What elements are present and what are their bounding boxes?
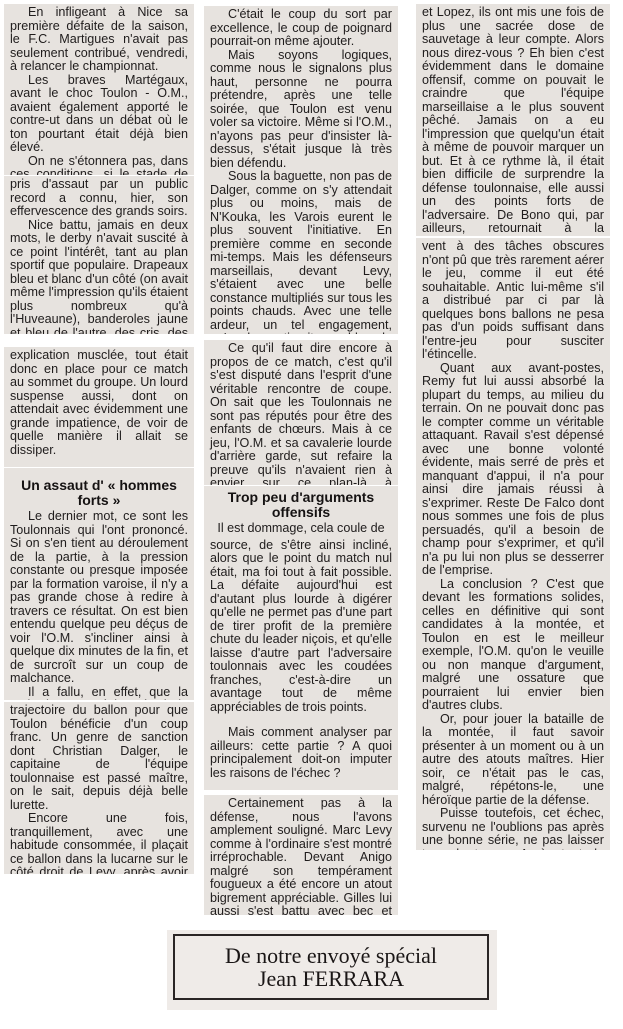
paragraph: En infligeant à Nice sa première défaite… <box>10 6 188 74</box>
col1-clip-5: trajectoire du ballon pour que Toulon bé… <box>4 702 194 874</box>
paragraph: C'était le coup du sort par excellence, … <box>210 8 392 49</box>
paragraph: Mais soyons logiques, comme nous le sign… <box>210 49 392 171</box>
col2-clip-1: C'était le coup du sort par excellence, … <box>204 6 398 334</box>
paragraph: Il a fallu, en effet, que la main de Lop… <box>10 686 188 701</box>
paragraph: Sous la baguette, non pas de Dalger, com… <box>210 170 392 334</box>
col2-clip-4: Certainement pas à la défense, nous l'av… <box>204 795 398 915</box>
paragraph: Puisse toutefois, cet échec, survenu ne … <box>422 807 604 850</box>
lead-line: Il est dommage, cela coule de <box>210 522 392 536</box>
section-heading: Un assaut d' « hommes forts » <box>10 478 188 508</box>
col1-clip-4: Un assaut d' « hommes forts » Le dernier… <box>4 468 194 700</box>
byline-clip: De notre envoyé spécial Jean FERRARA <box>167 930 497 1010</box>
paragraph: pris d'assaut par un public record a con… <box>10 178 188 219</box>
paragraph: trajectoire du ballon pour que Toulon bé… <box>10 704 188 812</box>
paragraph: Ce qu'il faut dire encore à propos de ce… <box>210 342 392 485</box>
col2-clip-2: Ce qu'il faut dire encore à propos de ce… <box>204 340 398 485</box>
paragraph: source, de s'être ainsi incliné, alors q… <box>210 539 392 715</box>
paragraph: Encore une fois, tranquillement, avec un… <box>10 812 188 874</box>
paragraph: On ne s'étonnera pas, dans ces condition… <box>10 155 188 176</box>
paragraph: Les braves Martégaux, avant le choc Toul… <box>10 74 188 155</box>
byline-line-1: De notre envoyé spécial <box>225 944 437 967</box>
paragraph: Nice battu, jamais en deux mots, le derb… <box>10 219 188 335</box>
col2-clip-3: Trop peu d'arguments offensifs Il est do… <box>204 486 398 790</box>
paragraph: et Lopez, ils ont mis une fois de plus u… <box>422 6 604 236</box>
col1-clip-2: pris d'assaut par un public record a con… <box>4 176 194 334</box>
col3-clip-1: et Lopez, ils ont mis une fois de plus u… <box>416 4 610 236</box>
paragraph: Or, pour jouer la bataille de la montée,… <box>422 713 604 808</box>
col1-clip-1: En infligeant à Nice sa première défaite… <box>4 4 194 175</box>
paragraph: explication musclée, tout était donc en … <box>10 349 188 457</box>
paragraph: La conclusion ? C'est que devant les for… <box>422 578 604 713</box>
col3-clip-2: vent à des tâches obscures n'ont pû que … <box>416 238 610 850</box>
paragraph: vent à des tâches obscures n'ont pû que … <box>422 240 604 362</box>
byline-box: De notre envoyé spécial Jean FERRARA <box>173 934 489 1000</box>
col1-clip-3: explication musclée, tout était donc en … <box>4 347 194 467</box>
paragraph: Certainement pas à la défense, nous l'av… <box>210 797 392 915</box>
byline-author: Jean FERRARA <box>258 967 404 990</box>
section-heading: Trop peu d'arguments offensifs <box>210 490 392 520</box>
paragraph: Le dernier mot, ce sont les Toulonnais q… <box>10 510 188 686</box>
paragraph: Mais comment analyser par ailleurs: cett… <box>210 726 392 780</box>
paragraph: Quant aux avant-postes, Remy fut lui aus… <box>422 362 604 578</box>
